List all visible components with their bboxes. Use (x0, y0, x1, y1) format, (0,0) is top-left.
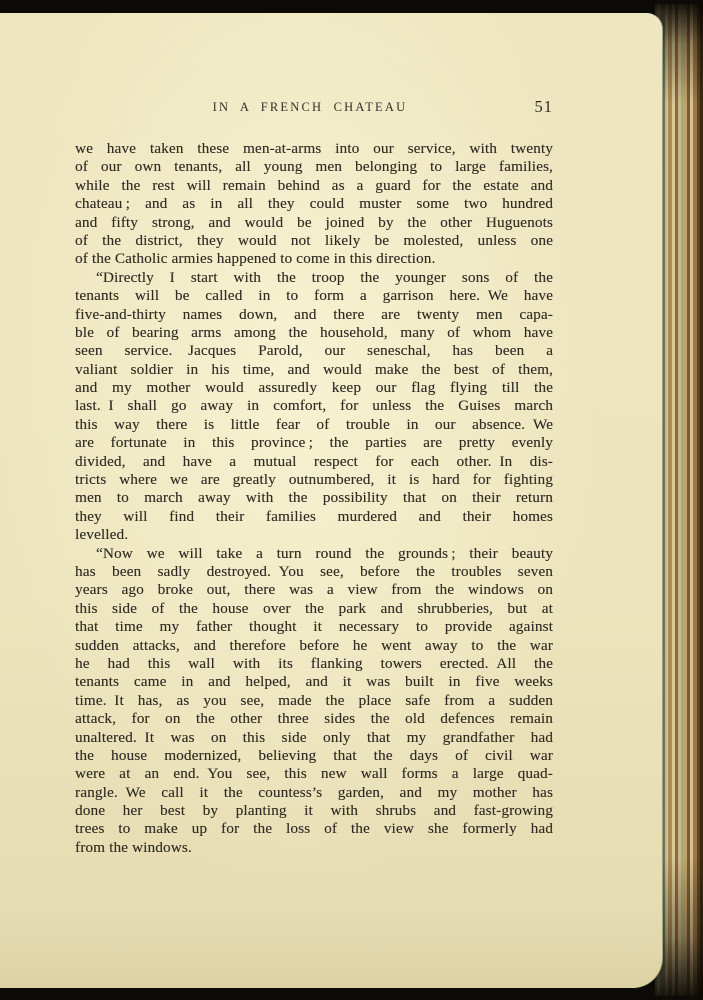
text-line: the house modernized, believing that the… (75, 747, 553, 765)
text-line: that time my father thought it necessary… (75, 618, 553, 636)
text-line: divided, and have a mutual respect for e… (75, 453, 553, 471)
text-line: years ago broke out, there was a view fr… (75, 581, 553, 599)
text-line: last. I shall go away in comfort, for un… (75, 397, 553, 415)
text-line: unaltered. It was on this side only that… (75, 729, 553, 747)
text-line: valiant soldier in his time, and would m… (75, 361, 553, 379)
paragraph: we have taken these men-at-arms into our… (75, 140, 553, 269)
text-line: were at an end. You see, this new wall f… (75, 765, 553, 783)
book-page: IN A FRENCH CHATEAU 51 we have taken the… (0, 13, 662, 988)
running-head-title: IN A FRENCH CHATEAU (71, 100, 549, 115)
text-line: of the district, they would not likely b… (75, 232, 553, 250)
text-line: “Directly I start with the troop the you… (75, 269, 553, 287)
text-line: he had this wall with its flanking tower… (75, 655, 553, 673)
running-head: IN A FRENCH CHATEAU 51 (75, 100, 553, 118)
paragraph: “Directly I start with the troop the you… (75, 269, 553, 545)
text-line: this way there is little fear of trouble… (75, 416, 553, 434)
text-line: seen service. Jacques Parold, our senesc… (75, 342, 553, 360)
text-line: sudden attacks, and therefore before he … (75, 637, 553, 655)
text-line: they will find their families murdered a… (75, 508, 553, 526)
text-line: are fortunate in this province ; the par… (75, 434, 553, 452)
text-line: we have taken these men-at-arms into our… (75, 140, 553, 158)
text-line: tricts where we are greatly outnumbered,… (75, 471, 553, 489)
text-line: five-and-thirty names down, and there ar… (75, 306, 553, 324)
text-line: “Now we will take a turn round the groun… (75, 545, 553, 563)
text-line: ble of bearing arms among the household,… (75, 324, 553, 342)
text-line: levelled. (75, 526, 553, 544)
text-line: from the windows. (75, 839, 553, 857)
text-line: and fifty strong, and would be joined by… (75, 214, 553, 232)
text-line: has been sadly destroyed. You see, befor… (75, 563, 553, 581)
book-photo: IN A FRENCH CHATEAU 51 we have taken the… (0, 0, 703, 1000)
text-line: time. It has, as you see, made the place… (75, 692, 553, 710)
text-line: while the rest will remain behind as a g… (75, 177, 553, 195)
text-line: tenants came in and helped, and it was b… (75, 673, 553, 691)
text-body: we have taken these men-at-arms into our… (75, 140, 553, 857)
page-number: 51 (535, 97, 554, 117)
paragraph: “Now we will take a turn round the groun… (75, 545, 553, 858)
text-line: of our own tenants, all young men belong… (75, 158, 553, 176)
text-line: of the Catholic armies happened to come … (75, 250, 553, 268)
text-line: rangle. We call it the countess’s garden… (75, 784, 553, 802)
text-line: tenants will be called in to form a garr… (75, 287, 553, 305)
text-line: done her best by planting it with shrubs… (75, 802, 553, 820)
text-line: chateau ; and as in all they could muste… (75, 195, 553, 213)
text-line: attack, for on the other three sides the… (75, 710, 553, 728)
text-line: and my mother would assuredly keep our f… (75, 379, 553, 397)
text-line: trees to make up for the loss of the vie… (75, 820, 553, 838)
book-page-edges (655, 4, 703, 996)
text-line: men to march away with the possibility t… (75, 489, 553, 507)
text-line: this side of the house over the park and… (75, 600, 553, 618)
